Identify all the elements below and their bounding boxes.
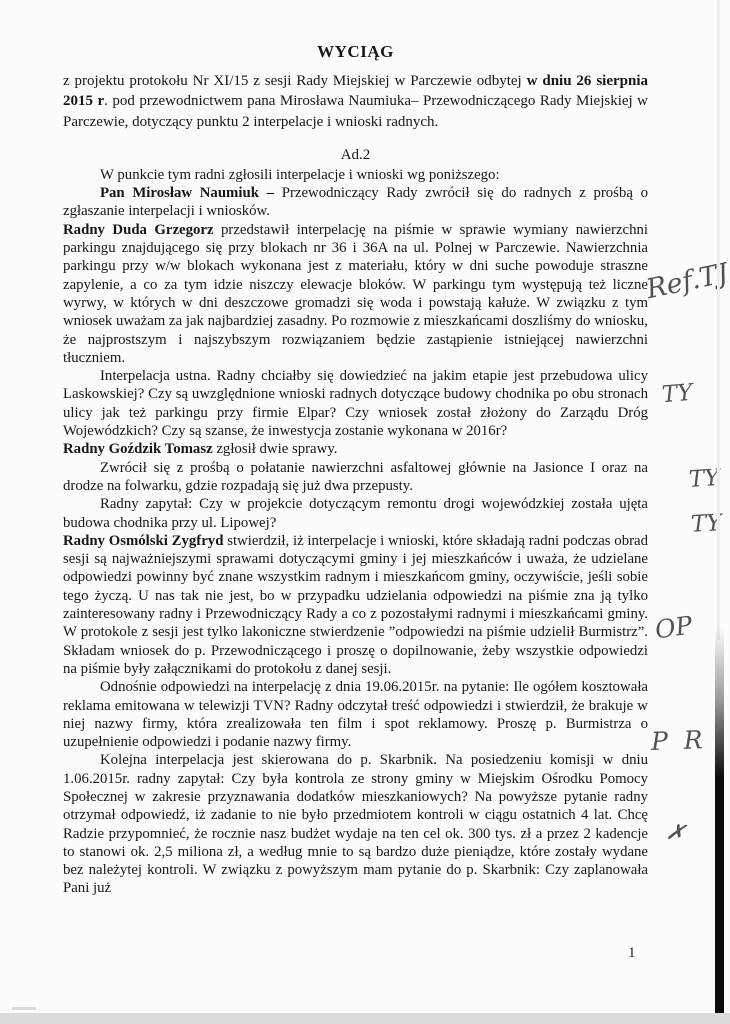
paragraph: Interpelacja ustna. Radny chciałby się d… <box>63 367 648 440</box>
text-run: . pod przewodnictwem pana Mirosława Naum… <box>63 93 648 129</box>
paragraph: Radny zapytał: Czy w projekcie dotyczący… <box>63 495 648 532</box>
handwritten-annotation: P R <box>651 725 708 756</box>
scan-edge-black-bar <box>715 628 724 1013</box>
paragraph: Zwrócił się z prośbą o połatanie nawierz… <box>63 459 648 496</box>
paragraph: Odnośnie odpowiedzi na interpelację z dn… <box>63 678 648 751</box>
intro-paragraph: z projektu protokołu Nr XI/15 z sesji Ra… <box>63 71 648 132</box>
paragraph: W punkcie tym radni zgłosili interpelacj… <box>63 166 648 184</box>
paragraph: Radny Osmólski Zygfryd stwierdził, iż in… <box>63 532 648 678</box>
text-run: Odnośnie odpowiedzi na interpelację z dn… <box>63 679 648 750</box>
scan-edge-faint-line <box>717 0 720 640</box>
paragraph: Pan Mirosław Naumiuk – Przewodniczący Ra… <box>63 184 648 221</box>
text-run: z projektu protokołu Nr XI/15 z sesji Ra… <box>63 73 527 89</box>
scan-bottom-strip <box>0 1013 730 1024</box>
bold-text-run: Radny Goździk Tomasz <box>63 441 216 457</box>
handwritten-annotation: OP <box>653 611 694 645</box>
text-run: stwierdził, iż interpelacje i wnioski, k… <box>63 533 648 677</box>
paragraph: Radny Duda Grzegorz przedstawił interpel… <box>63 221 648 367</box>
text-run: zgłosił dwie sprawy. <box>216 441 337 457</box>
bold-text-run: Radny Osmólski Zygfryd <box>63 533 227 549</box>
document-title: WYCIĄG <box>63 42 648 62</box>
text-run: Interpelacja ustna. Radny chciałby się d… <box>63 368 648 439</box>
text-run: Kolejna interpelacja jest skierowana do … <box>63 752 648 896</box>
page-number: 1 <box>628 945 636 962</box>
bold-text-run: Pan Mirosław Naumiuk – <box>100 185 282 201</box>
bold-text-run: Radny Duda Grzegorz <box>63 222 221 238</box>
section-heading: Ad.2 <box>63 146 648 164</box>
handwritten-check-mark: ✗ <box>664 819 687 848</box>
scanned-document-page: WYCIĄG z projektu protokołu Nr XI/15 z s… <box>0 0 730 1024</box>
handwritten-annotation: TY <box>661 380 694 409</box>
text-run: przedstawił interpelację na piśmie w spr… <box>63 222 648 366</box>
document-content: WYCIĄG z projektu protokołu Nr XI/15 z s… <box>63 42 648 898</box>
paragraph: Radny Goździk Tomasz zgłosił dwie sprawy… <box>63 440 648 458</box>
text-run: Radny zapytał: Czy w projekcie dotyczący… <box>63 496 648 530</box>
text-run: W punkcie tym radni zgłosili interpelacj… <box>100 167 500 183</box>
handwritten-annotation: TY <box>688 465 720 493</box>
document-body: W punkcie tym radni zgłosili interpelacj… <box>63 166 648 898</box>
scan-artifact-dash <box>12 1007 36 1010</box>
text-run: Zwrócił się z prośbą o połatanie nawierz… <box>63 460 648 494</box>
paragraph: Kolejna interpelacja jest skierowana do … <box>63 751 648 897</box>
